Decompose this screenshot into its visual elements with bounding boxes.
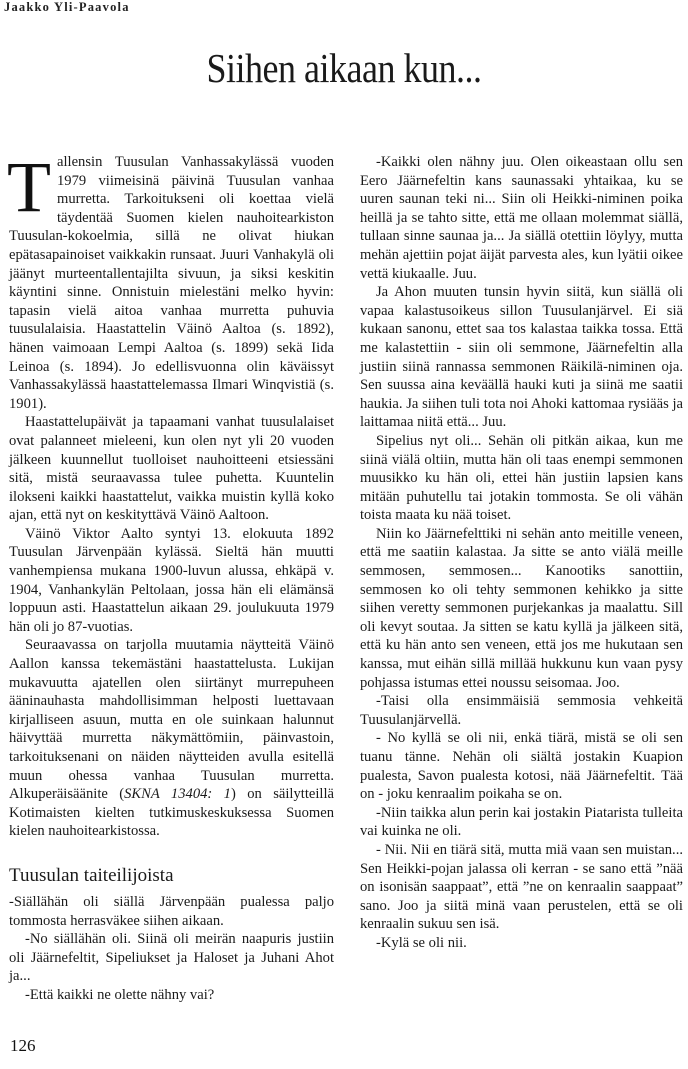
paragraph: Haastattelupäivät ja tapaamani vanhat tu… (9, 413, 334, 525)
archive-reference: SKNA 13404: 1 (124, 786, 231, 802)
section-heading: Tuusulan taiteilijoista (9, 865, 334, 887)
paragraph: Seuraavassa on tarjolla muutamia näyttei… (9, 636, 334, 841)
left-column: Tallensin Tuusulan Vanhassakylässä vuode… (9, 153, 334, 1005)
paragraph: Väinö Viktor Aalto syntyi 13. elokuuta 1… (9, 525, 334, 637)
dialogue-paragraph: -Että kaikki ne olette nähny vai? (9, 986, 334, 1005)
dialogue-paragraph: - Nii. Nii en tiärä sitä, mutta miä vaan… (360, 841, 683, 934)
intro-text: allensin Tuusulan Vanhassakylässä vuoden… (9, 154, 334, 412)
intro-paragraph: Tallensin Tuusulan Vanhassakylässä vuode… (9, 153, 334, 413)
dialogue-paragraph: - No kyllä se oli nii, enkä tiärä, mistä… (360, 729, 683, 803)
page-number: 126 (10, 1036, 36, 1056)
dialogue-paragraph: -No siällähän oli. Siinä oli meirän naap… (9, 930, 334, 986)
dialogue-paragraph: -Taisi olla ensimmäisiä semmosia vehkeit… (360, 692, 683, 729)
paragraph-text: Seuraavassa on tarjolla muutamia näyttei… (9, 637, 334, 802)
dialogue-paragraph: Sipelius nyt oli... Sehän oli pitkän aik… (360, 432, 683, 525)
dialogue-paragraph: Niin ko Jäärnefelttiki ni sehän anto mei… (360, 525, 683, 692)
drop-cap: T (7, 157, 51, 215)
author-name: Jaakko Yli-Paavola (4, 0, 130, 15)
dialogue-paragraph: -Kylä se oli nii. (360, 934, 683, 953)
dialogue-paragraph: -Siällähän oli siällä Järvenpään pualess… (9, 893, 334, 930)
right-column: -Kaikki olen nähny juu. Olen oikeastaan … (360, 153, 683, 953)
dialogue-paragraph: -Kaikki olen nähny juu. Olen oikeastaan … (360, 153, 683, 283)
dialogue-paragraph: Ja Ahon muuten tunsin hyvin siitä, kun s… (360, 283, 683, 432)
article-title: Siihen aikaan kun... (0, 44, 688, 92)
dialogue-paragraph: -Niin taikka alun perin kai jostakin Pia… (360, 804, 683, 841)
